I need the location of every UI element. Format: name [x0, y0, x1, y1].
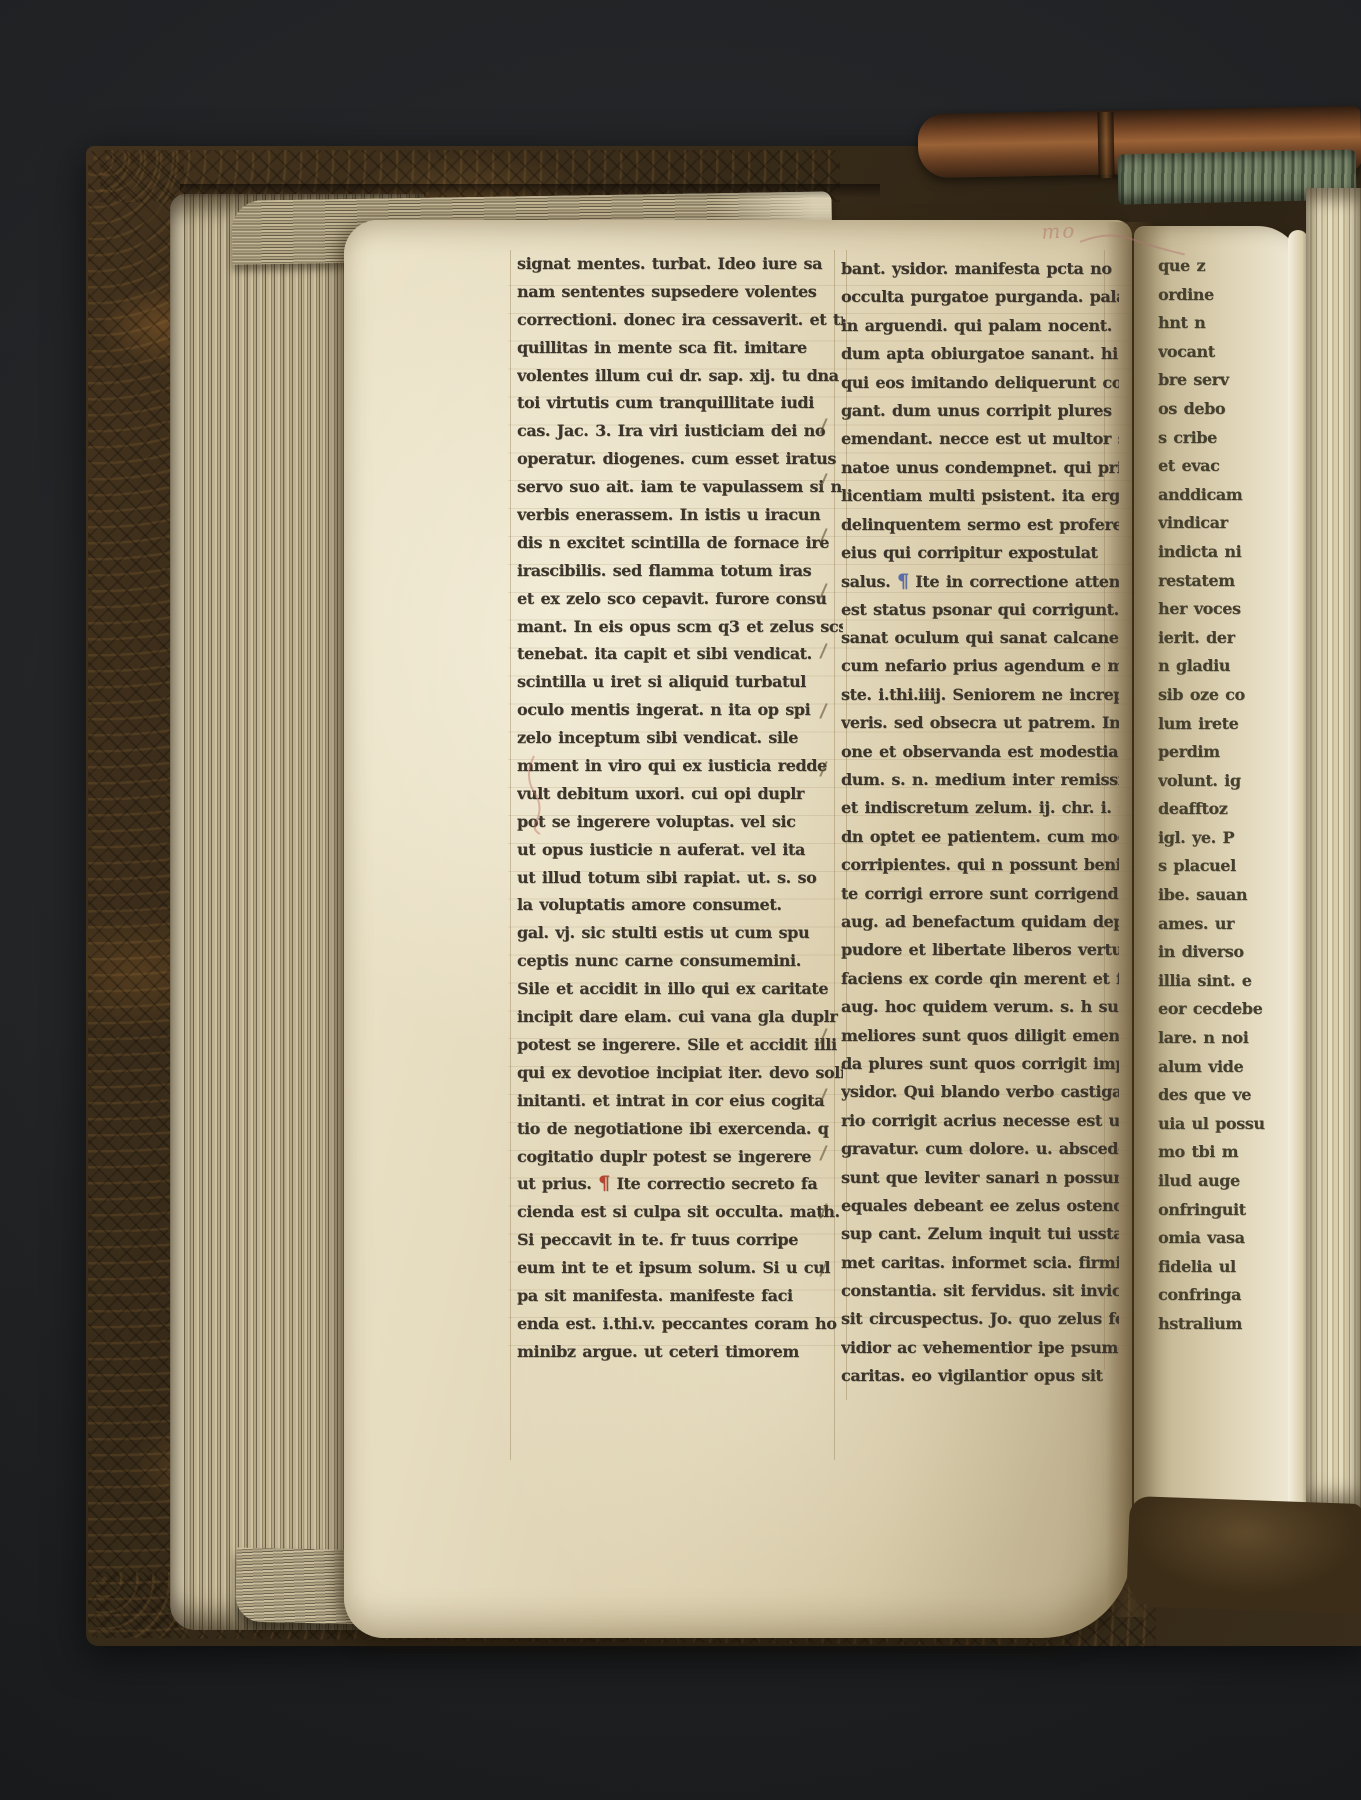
text-line: quillitas in mente sca fit. imitare: [517, 334, 843, 362]
ruling-vertical-line: [510, 250, 511, 1460]
text-line: signat mentes. turbat. Ideo iure sa: [517, 250, 843, 278]
text-line: gal. vj. sic stulti estis ut cum spu: [517, 919, 843, 947]
text-line: qui eos imitando deliquerunt corri: [841, 369, 1119, 397]
text-line: volunt. ig: [1158, 767, 1284, 796]
seam-shadow: [180, 184, 880, 198]
text-line: s placuel: [1158, 852, 1284, 881]
text-line: Sile et accidit in illo qui ex caritate: [517, 975, 843, 1003]
text-line: constantia. sit fervidus. sit invict: [841, 1277, 1119, 1305]
red-margin-squiggle: [514, 752, 554, 838]
text-line: tenebat. ita capit et sibi vendicat.: [517, 640, 843, 668]
text-line: des que ve: [1158, 1081, 1284, 1110]
text-line: gant. dum unus corripit plures: [841, 397, 1119, 425]
next-page-curled-edge: [1288, 230, 1308, 1556]
text-line: ut illud totum sibi rapiat. ut. s. so: [517, 864, 843, 892]
text-line: in arguendi. qui palam nocent. ut: [841, 312, 1119, 340]
text-line: alum vide: [1158, 1053, 1284, 1082]
text-line: igl. ye. P: [1158, 824, 1284, 853]
text-line: in diverso: [1158, 938, 1284, 967]
text-line: la voluptatis amore consumet.: [517, 891, 843, 919]
text-line: hstralium: [1158, 1310, 1284, 1339]
text-line: et indiscretum zelum. ij. chr. i. sentid: [841, 794, 1119, 822]
text-line: sit circuspectus. Jo. quo zelus fer: [841, 1305, 1119, 1333]
text-line: fidelia ul: [1158, 1253, 1284, 1282]
text-line: faciens ex corde qin merent et fidos: [841, 965, 1119, 993]
text-line: ames. ur: [1158, 910, 1284, 939]
text-line: vindicar: [1158, 509, 1284, 538]
text-line: tio de negotiatione ibi exercenda. q: [517, 1115, 843, 1143]
text-line: lum irete: [1158, 710, 1284, 739]
text-line: sunt que leviter sanari n possunt.: [841, 1164, 1119, 1192]
text-line: dn optet ee patientem. cum modestia: [841, 823, 1119, 851]
text-line: ysidor. Qui blando verbo castigat: [841, 1078, 1119, 1106]
text-line: os debo: [1158, 395, 1284, 424]
text-line: vult debitum uxori. cui opi duplr: [517, 780, 843, 808]
text-column-next-page: que zordinehnt nvocantbre servos debos c…: [1158, 252, 1284, 1362]
text-line: uia ul possu: [1158, 1110, 1284, 1139]
text-line: ierit. der: [1158, 624, 1284, 653]
text-line: te corrigi errore sunt corrigendi: [841, 880, 1119, 908]
text-line: vidior ac vehementior ipe psumor: [841, 1334, 1119, 1362]
text-line: dum. s. n. medium inter remissios: [841, 766, 1119, 794]
text-line: toi virtutis cum tranquillitate iudi: [517, 389, 843, 417]
text-line: Si peccavit in te. fr tuus corripe: [517, 1226, 843, 1254]
text-line: restatem: [1158, 567, 1284, 596]
text-line: anddicam: [1158, 481, 1284, 510]
text-line: illia sint. e: [1158, 967, 1284, 996]
text-line: emendant. necce est ut multor sal: [841, 425, 1119, 453]
text-line: et ex zelo sco cepavit. furore consu: [517, 585, 843, 613]
leather-strap-break: [1097, 112, 1114, 178]
text-line: dis n excitet scintilla de fornace ire: [517, 529, 843, 557]
text-line: est status psonar qui corrigunt. qui: [841, 596, 1119, 624]
inscription-text: mo: [1041, 218, 1077, 244]
text-line: incipit dare elam. cui vana gla duplr: [517, 1003, 843, 1031]
text-line: oculo mentis ingerat. n ita op spi: [517, 696, 843, 724]
text-line: servo suo ait. iam te vapulassem si n: [517, 473, 843, 501]
text-line: mant. In eis opus scm q3 et zelus scs: [517, 613, 843, 641]
text-line: minibz argue. ut ceteri timorem: [517, 1338, 843, 1366]
text-line: one et observanda est modestia. ad: [841, 738, 1119, 766]
text-line: licentiam multi psistent. ita erga: [841, 482, 1119, 510]
text-line: operatur. diogenes. cum esset iratus: [517, 445, 843, 473]
text-line: eum int te et ipsum solum. Si u cul: [517, 1254, 843, 1282]
text-line: sanat oculum qui sanat calcaneum.: [841, 624, 1119, 652]
text-line: initanti. et intrat in cor eius cogita: [517, 1087, 843, 1115]
text-line: confringa: [1158, 1281, 1284, 1310]
text-line: cas. Jac. 3. Ira viri iusticiam dei no: [517, 417, 843, 445]
text-line: qui ex devotioe incipiat iter. devo soli: [517, 1059, 843, 1087]
text-line: hnt n: [1158, 309, 1284, 338]
text-line: aug. hoc quidem verum. s. h sunt: [841, 993, 1119, 1021]
text-line: pudore et libertate liberos vertuos: [841, 936, 1119, 964]
text-line: scintilla u iret si aliquid turbatul: [517, 668, 843, 696]
text-line: onfringuit: [1158, 1196, 1284, 1225]
text-line: nam sententes supsedere volentes: [517, 278, 843, 306]
inscription-swash: [1077, 222, 1189, 268]
text-column-right: bant. ysidor. manifesta pcta no suntoccu…: [841, 255, 1119, 1395]
text-line: irascibilis. sed flamma totum iras: [517, 557, 843, 585]
text-line: vocant: [1158, 338, 1284, 367]
page-edges-stack-right: [1306, 188, 1361, 1508]
text-column-left: signat mentes. turbat. Ideo iure sanam s…: [517, 250, 843, 1372]
pilcrow-mark: ¶: [598, 1172, 610, 1194]
text-line: ut prius. ¶ Ite correctio secreto fa: [517, 1170, 843, 1198]
text-line: indicta ni: [1158, 538, 1284, 567]
text-line: zelo inceptum sibi vendicat. sile: [517, 724, 843, 752]
text-line: meliores sunt quos diligit emen: [841, 1022, 1119, 1050]
text-line: cum nefario prius agendum e mode: [841, 652, 1119, 680]
text-line: pot se ingerere voluptas. vel sic: [517, 808, 843, 836]
text-line: equales debeant ee zelus ostendit: [841, 1192, 1119, 1220]
text-line: lare. n noi: [1158, 1024, 1284, 1053]
faint-red-inscription: mo: [1041, 212, 1194, 272]
text-line: ceptis nunc carne consumemini.: [517, 947, 843, 975]
text-line: occulta purgatoe purganda. pala: [841, 283, 1119, 311]
text-line: omia vasa: [1158, 1224, 1284, 1253]
text-line: gravatur. cum dolore. u. abscedendi: [841, 1135, 1119, 1163]
text-line: eor cecdebe: [1158, 995, 1284, 1024]
text-line: deafftoz: [1158, 795, 1284, 824]
text-line: s cribe: [1158, 424, 1284, 453]
text-line: corripientes. qui n possunt benigne: [841, 851, 1119, 879]
pilcrow-mark: ¶: [897, 570, 909, 592]
text-line: cogitatio duplr potest se ingerere: [517, 1143, 843, 1171]
text-line: her voces: [1158, 595, 1284, 624]
text-line: delinquentem sermo est proferendus ut: [841, 511, 1119, 539]
text-line: n gladiu: [1158, 652, 1284, 681]
text-line: pa sit manifesta. manifeste faci: [517, 1282, 843, 1310]
text-line: ibe. sauan: [1158, 881, 1284, 910]
text-line: mment in viro qui ex iusticia redde: [517, 752, 843, 780]
text-line: natoe unus condempnet. qui prim: [841, 454, 1119, 482]
text-line: veris. sed obsecra ut patrem. In correct…: [841, 709, 1119, 737]
text-line: cienda est si culpa sit occulta. math.: [517, 1198, 843, 1226]
text-line: caritas. eo vigilantior opus sit: [841, 1362, 1119, 1390]
text-line: ordine: [1158, 281, 1284, 310]
text-line: dum apta obiurgatoe sanant. hi: [841, 340, 1119, 368]
text-line: rio corrigit acrius necesse est ut in: [841, 1107, 1119, 1135]
text-line: eius qui corripitur expostulat: [841, 539, 1119, 567]
text-line: potest se ingerere. Sile et accidit illi: [517, 1031, 843, 1059]
text-line: verbis enerassem. In istis u iracun: [517, 501, 843, 529]
text-line: salus. ¶ Ite in correctione attendid: [841, 567, 1119, 595]
text-line: enda est. i.thi.v. peccantes coram ho: [517, 1310, 843, 1338]
cover-suede-corner: [1126, 1496, 1361, 1614]
text-line: ut opus iusticie n auferat. vel ita: [517, 836, 843, 864]
text-line: aug. ad benefactum quidam depre: [841, 908, 1119, 936]
text-line: ilud auge: [1158, 1167, 1284, 1196]
text-line: met caritas. informet scia. firmit: [841, 1249, 1119, 1277]
text-line: ste. i.thi.iiij. Seniorem ne increpa: [841, 681, 1119, 709]
photo-of-open-manuscript: signat mentes. turbat. Ideo iure sanam s…: [0, 0, 1361, 1800]
text-line: volentes illum cui dr. sap. xij. tu dna: [517, 362, 843, 390]
text-line: da plures sunt quos corrigit impa: [841, 1050, 1119, 1078]
text-line: bre serv: [1158, 366, 1284, 395]
text-line: perdim: [1158, 738, 1284, 767]
text-line: sup cant. Zelum inquit tui ussta: [841, 1220, 1119, 1248]
text-line: correctioni. donec ira cessaverit. et tr…: [517, 306, 843, 334]
text-line: mo tbi m: [1158, 1138, 1284, 1167]
text-line: et evac: [1158, 452, 1284, 481]
text-line: sib oze co: [1158, 681, 1284, 710]
